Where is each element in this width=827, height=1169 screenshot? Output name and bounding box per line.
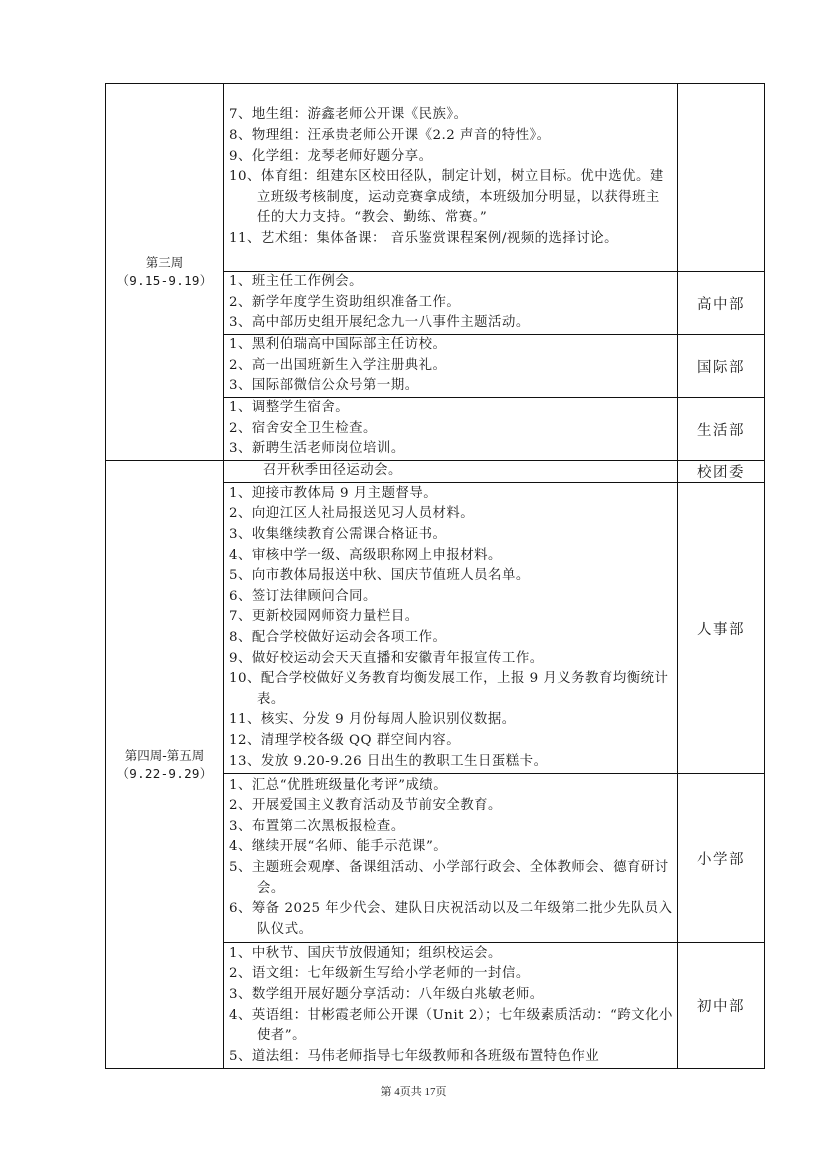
items-cell: 1、调整学生宿舍。 2、宿舍安全卫生检查。 3、新聘生活老师岗位培训。 <box>224 398 678 461</box>
list-item: 10、配合学校做好义务教育均衡发展工作，上报 9 月义务教育均衡统计表。 <box>229 669 673 710</box>
week-date-range: （9.22-9.29） <box>106 765 223 783</box>
list-item: 6、筹备 2025 年少代会、建队日庆祝活动以及二年级第二批少先队员入队仪式。 <box>229 899 673 940</box>
dept-cell-hr: 人事部 <box>678 483 765 774</box>
list-item: 4、继续开展“名师、能手示范课”。 <box>229 837 673 858</box>
work-plan-table: 第三周 （9.15-9.19） 7、地生组：游鑫老师公开课《民族》。 8、物理组… <box>105 83 765 1069</box>
dept-cell-middle-school: 初中部 <box>678 943 765 1069</box>
dept-cell-primary: 小学部 <box>678 774 765 943</box>
list-item: 8、配合学校做好运动会各项工作。 <box>229 628 673 649</box>
list-item: 6、签订法律顾问合同。 <box>229 587 673 608</box>
table-row: 第四周-第五周 （9.22-9.29） 召开秋季田径运动会。 校团委 <box>106 461 765 483</box>
list-item: 3、新聘生活老师岗位培训。 <box>229 439 673 460</box>
document-page: 第三周 （9.15-9.19） 7、地生组：游鑫老师公开课《民族》。 8、物理组… <box>0 0 827 1169</box>
list-item: 12、清理学校各级 QQ 群空间内容。 <box>229 731 673 752</box>
week-name: 第三周 <box>106 254 223 272</box>
list-item: 2、开展爱国主义教育活动及节前安全教育。 <box>229 796 673 817</box>
week-date-range: （9.15-9.19） <box>106 272 223 290</box>
page-footer: 第 4页共 17页 <box>0 1083 827 1099</box>
items-cell: 召开秋季田径运动会。 <box>224 461 678 483</box>
list-item: 1、班主任工作例会。 <box>229 272 673 293</box>
week-name: 第四周-第五周 <box>106 747 223 765</box>
items-cell: 7、地生组：游鑫老师公开课《民族》。 8、物理组：汪承贵老师公开课《2.2 声音… <box>224 84 678 272</box>
items-cell: 1、黑利伯瑞高中国际部主任访校。 2、高一出国班新生入学注册典礼。 3、国际部微… <box>224 335 678 398</box>
dept-cell <box>678 84 765 272</box>
list-item: 3、高中部历史组开展纪念九一八事件主题活动。 <box>229 313 673 334</box>
week-cell-week4-5: 第四周-第五周 （9.22-9.29） <box>106 461 224 1069</box>
week-cell-week3: 第三周 （9.15-9.19） <box>106 84 224 461</box>
dept-cell-youth-league: 校团委 <box>678 461 765 483</box>
list-item: 2、语文组：七年级新生写给小学老师的一封信。 <box>229 964 673 985</box>
list-item: 10、体育组：组建东区校田径队，制定计划，树立目标。优中选优。建立班级考核制度，… <box>229 167 673 229</box>
dept-cell-international: 国际部 <box>678 335 765 398</box>
list-item: 3、数学组开展好题分享活动：八年级白兆敏老师。 <box>229 985 673 1006</box>
list-item: 11、艺术组：集体备课： 音乐鉴赏课程案例/视频的选择讨论。 <box>229 229 673 250</box>
list-item: 1、黑利伯瑞高中国际部主任访校。 <box>229 335 673 356</box>
list-item: 4、英语组：甘彬霞老师公开课（Unit 2）；七年级素质活动：“跨文化小使者”。 <box>229 1006 673 1047</box>
list-item: 1、中秋节、国庆节放假通知；组织校运会。 <box>229 944 673 965</box>
list-item: 7、更新校园网师资力量栏目。 <box>229 607 673 628</box>
list-item: 9、化学组：龙琴老师好题分享。 <box>229 147 673 168</box>
list-item: 3、收集继续教育公需课合格证书。 <box>229 525 673 546</box>
items-cell: 1、迎接市教体局 9 月主题督导。 2、向迎江区人社局报送见习人员材料。 3、收… <box>224 483 678 774</box>
list-item: 3、布置第二次黑板报检查。 <box>229 817 673 838</box>
list-item: 13、发放 9.20-9.26 日出生的教职工生日蛋糕卡。 <box>229 752 673 773</box>
list-item: 5、道法组：马伟老师指导七年级教师和各班级布置特色作业 <box>229 1047 673 1068</box>
list-item: 召开秋季田径运动会。 <box>229 461 673 482</box>
dept-cell-high-school: 高中部 <box>678 272 765 335</box>
list-item: 2、宿舍安全卫生检查。 <box>229 419 673 440</box>
list-item: 1、调整学生宿舍。 <box>229 398 673 419</box>
list-item: 7、地生组：游鑫老师公开课《民族》。 <box>229 105 673 126</box>
items-cell: 1、汇总“优胜班级量化考评”成绩。 2、开展爱国主义教育活动及节前安全教育。 3… <box>224 774 678 943</box>
list-item: 2、向迎江区人社局报送见习人员材料。 <box>229 504 673 525</box>
dept-cell-dorm-life: 生活部 <box>678 398 765 461</box>
list-item: 2、新学年度学生资助组织准备工作。 <box>229 293 673 314</box>
list-item: 5、向市教体局报送中秋、国庆节值班人员名单。 <box>229 566 673 587</box>
list-item: 5、主题班会观摩、备课组活动、小学部行政会、全体教师会、德育研讨会。 <box>229 858 673 899</box>
items-cell: 1、中秋节、国庆节放假通知；组织校运会。 2、语文组：七年级新生写给小学老师的一… <box>224 943 678 1069</box>
items-cell: 1、班主任工作例会。 2、新学年度学生资助组织准备工作。 3、高中部历史组开展纪… <box>224 272 678 335</box>
list-item: 2、高一出国班新生入学注册典礼。 <box>229 356 673 377</box>
list-item: 8、物理组：汪承贵老师公开课《2.2 声音的特性》。 <box>229 126 673 147</box>
list-item: 9、做好校运动会天天直播和安徽青年报宣传工作。 <box>229 649 673 670</box>
list-item: 1、汇总“优胜班级量化考评”成绩。 <box>229 776 673 797</box>
list-item: 1、迎接市教体局 9 月主题督导。 <box>229 484 673 505</box>
list-item: 3、国际部微信公众号第一期。 <box>229 376 673 397</box>
table-row: 第三周 （9.15-9.19） 7、地生组：游鑫老师公开课《民族》。 8、物理组… <box>106 84 765 272</box>
list-item: 11、核实、分发 9 月份每周人脸识别仪数据。 <box>229 710 673 731</box>
list-item: 4、审核中学一级、高级职称网上申报材料。 <box>229 546 673 567</box>
